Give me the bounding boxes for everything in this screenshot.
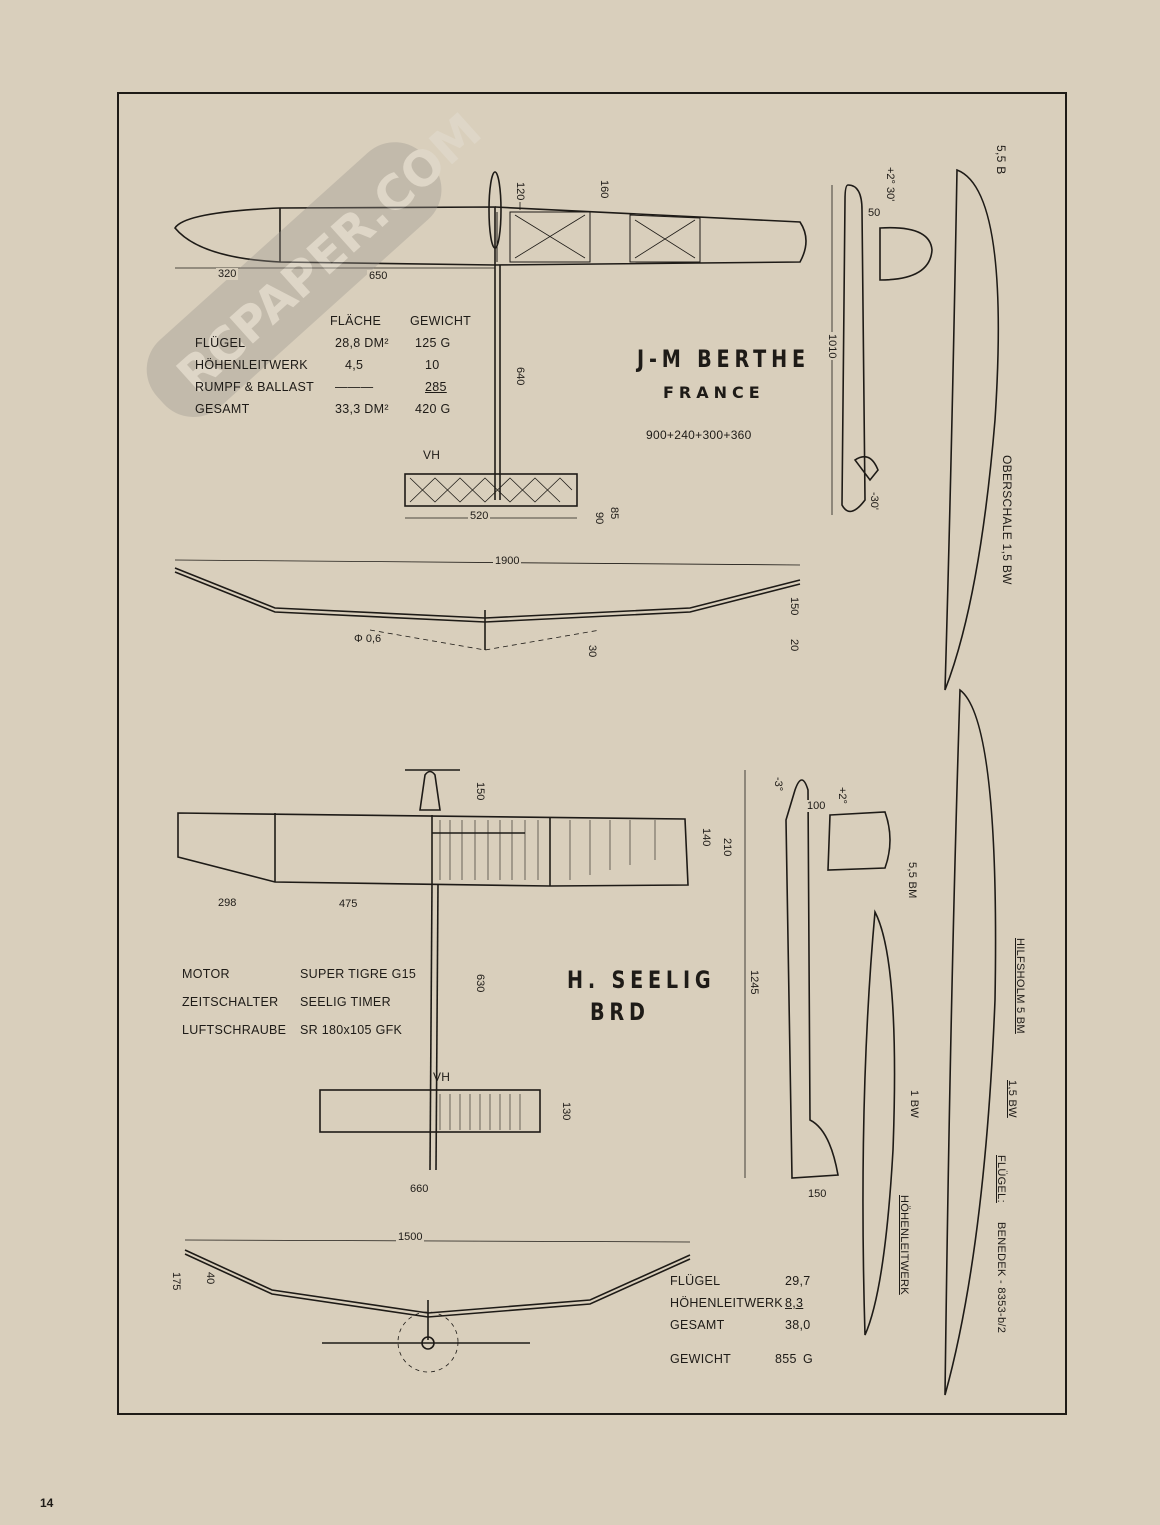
- wing-airfoil-skin: 1,5 BW: [1006, 1080, 1018, 1118]
- dim-label: +2° 30': [884, 165, 896, 203]
- dim-label: 150: [474, 780, 486, 802]
- tail-airfoil-skin: 1 BW: [908, 1090, 920, 1118]
- model1-country: FRANCE: [663, 383, 765, 402]
- dim-label: 150: [806, 1188, 828, 1200]
- model1-airfoil: [945, 170, 998, 690]
- wing-airfoil-section: BENEDEK - 8353-b/2: [995, 1222, 1007, 1333]
- model1-data-table: FLÄCHEGEWICHT FLÜGEL28,8 DM²125 G HÖHENL…: [195, 310, 471, 420]
- tail-airfoil-le: 5,5 BM: [906, 862, 918, 899]
- wing-airfoil-spar: HILFSHOLM 5 BM: [1014, 938, 1026, 1034]
- dim-label: 90: [593, 510, 605, 526]
- dim-label: 50: [866, 207, 882, 219]
- model2-front-view: [185, 1240, 690, 1372]
- model2-areas: FLÜGEL29,7 HÖHENLEITWERK8,3 GESAMT38,0 G…: [670, 1270, 813, 1370]
- dim-label: 650: [367, 270, 389, 282]
- dim-label: 150: [788, 595, 800, 617]
- model2-side-view: [745, 770, 890, 1178]
- stabilizer-marker: VH: [423, 448, 440, 462]
- dim-label: 1010: [826, 332, 838, 360]
- dim-label: 140: [700, 826, 712, 848]
- page-number: 14: [40, 1496, 53, 1510]
- dim-label: 30: [586, 643, 598, 659]
- dim-label: 120: [514, 180, 526, 202]
- dim-label: 160: [598, 178, 610, 200]
- model2-specs: MOTORSUPER TIGRE G15 ZEITSCHALTERSEELIG …: [182, 960, 416, 1044]
- dim-label: 85: [608, 505, 620, 521]
- model2-wing-airfoil: [945, 690, 996, 1395]
- dim-label: 630: [474, 972, 486, 994]
- dim-label: +2°: [836, 785, 848, 806]
- dim-label: 640: [514, 365, 526, 387]
- dim-label: 320: [216, 268, 238, 280]
- model1-airfoil-skin: OBERSCHALE 1,5 BW: [1000, 455, 1014, 585]
- model2-country: BRD: [590, 998, 650, 1026]
- model1-front-view: [175, 560, 800, 650]
- model2-tail-airfoil: [863, 912, 895, 1335]
- dim-label: 130: [560, 1100, 572, 1122]
- dim-label: 1500: [396, 1231, 424, 1243]
- model1-designer: J-M BERTHE: [637, 345, 810, 373]
- dim-label: 475: [337, 898, 359, 910]
- dim-label: 520: [468, 510, 490, 522]
- dim-label: 40: [204, 1270, 216, 1286]
- dim-label: 1900: [493, 555, 521, 567]
- dim-label: 298: [216, 897, 238, 909]
- wing-airfoil-label: FLÜGEL:: [995, 1155, 1007, 1203]
- stabilizer-marker: VH: [433, 1070, 450, 1084]
- dim-label: 1245: [748, 968, 760, 996]
- model1-span-formula: 900+240+300+360: [646, 428, 752, 442]
- dim-label: -3°: [772, 775, 784, 793]
- model2-designer: H. SEELIG: [567, 966, 715, 994]
- watermark: RCPAPER.COM: [80, 80, 500, 505]
- dim-label: Φ 0,6: [352, 633, 383, 645]
- dim-label: 210: [721, 836, 733, 858]
- dim-label: -30': [868, 490, 880, 512]
- model1-side-view: [832, 185, 932, 515]
- dim-label: 660: [408, 1183, 430, 1195]
- tail-airfoil-label: HÖHENLEITWERK: [898, 1195, 910, 1295]
- dim-label: 100: [805, 800, 827, 812]
- dim-label: 20: [788, 637, 800, 653]
- dim-label: 175: [170, 1270, 182, 1292]
- model1-airfoil-note: 5,5 B: [994, 145, 1008, 175]
